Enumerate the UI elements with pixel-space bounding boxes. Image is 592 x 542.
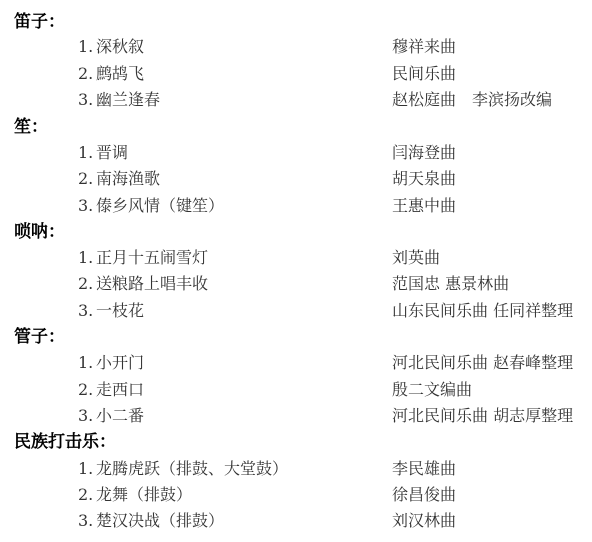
list-item: 1. 深秋叙 穆祥来曲 xyxy=(0,37,592,63)
section-header-percussion: 民族打击乐： xyxy=(14,432,116,452)
list-item: 3. 一枝花 山东民间乐曲 任同祥整理 xyxy=(0,301,592,327)
list-item: 2. 鹧鸪飞 民间乐曲 xyxy=(0,64,592,90)
list-item: 1. 晋调 闫海登曲 xyxy=(0,143,592,169)
list-item: 3. 幽兰逢春 赵松庭曲 李滨扬改编 xyxy=(0,90,592,116)
item-number: 2. xyxy=(78,485,93,505)
item-number: 3. xyxy=(78,196,93,216)
list-item: 2. 龙舞（排鼓） 徐昌俊曲 xyxy=(0,485,592,511)
piece-title: 龙舞（排鼓） xyxy=(96,485,192,505)
piece-title: 小二番 xyxy=(96,406,144,426)
piece-title: 一枝花 xyxy=(96,301,144,321)
item-number: 3. xyxy=(78,301,93,321)
piece-author: 王惠中曲 xyxy=(392,196,456,216)
list-item: 3. 傣乡风情（键笙） 王惠中曲 xyxy=(0,196,592,222)
item-number: 3. xyxy=(78,511,93,531)
list-item: 2. 走西口 殷二文编曲 xyxy=(0,380,592,406)
piece-author: 徐昌俊曲 xyxy=(392,485,456,505)
list-item: 3. 小二番 河北民间乐曲 胡志厚整理 xyxy=(0,406,592,432)
piece-author: 闫海登曲 xyxy=(392,143,456,163)
item-number: 3. xyxy=(78,90,93,110)
item-number: 1. xyxy=(78,459,93,479)
piece-title: 正月十五闹雪灯 xyxy=(96,248,208,268)
piece-author: 赵松庭曲 李滨扬改编 xyxy=(392,90,552,110)
piece-author: 河北民间乐曲 赵春峰整理 xyxy=(392,353,573,373)
piece-title: 鹧鸪飞 xyxy=(96,64,144,84)
piece-title: 幽兰逢春 xyxy=(96,90,160,110)
piece-title: 楚汉决战（排鼓） xyxy=(96,511,224,531)
section-header-suona: 唢呐： xyxy=(14,222,65,242)
piece-author: 河北民间乐曲 胡志厚整理 xyxy=(392,406,573,426)
piece-author: 民间乐曲 xyxy=(392,64,456,84)
piece-title: 傣乡风情（键笙） xyxy=(96,196,224,216)
piece-title: 南海渔歌 xyxy=(96,169,160,189)
list-item: 2. 南海渔歌 胡天泉曲 xyxy=(0,169,592,195)
item-number: 2. xyxy=(78,380,93,400)
piece-title: 走西口 xyxy=(96,380,144,400)
item-number: 2. xyxy=(78,64,93,84)
piece-author: 山东民间乐曲 任同祥整理 xyxy=(392,301,573,321)
item-number: 1. xyxy=(78,37,93,57)
list-item: 3. 楚汉决战（排鼓） 刘汉林曲 xyxy=(0,511,592,537)
piece-title: 送粮路上唱丰收 xyxy=(96,274,208,294)
piece-author: 刘汉林曲 xyxy=(392,511,456,531)
section-header-dizi: 笛子： xyxy=(14,12,65,32)
piece-title: 晋调 xyxy=(96,143,128,163)
item-number: 1. xyxy=(78,248,93,268)
section-header-guanzi: 管子： xyxy=(14,327,65,347)
item-number: 1. xyxy=(78,353,93,373)
piece-title: 小开门 xyxy=(96,353,144,373)
item-number: 1. xyxy=(78,143,93,163)
list-item: 1. 龙腾虎跃（排鼓、大堂鼓） 李民雄曲 xyxy=(0,459,592,485)
piece-author: 殷二文编曲 xyxy=(392,380,472,400)
piece-title: 深秋叙 xyxy=(96,37,144,57)
item-number: 2. xyxy=(78,274,93,294)
list-item: 1. 小开门 河北民间乐曲 赵春峰整理 xyxy=(0,353,592,379)
piece-author: 李民雄曲 xyxy=(392,459,456,479)
piece-title: 龙腾虎跃（排鼓、大堂鼓） xyxy=(96,459,288,479)
piece-author: 刘英曲 xyxy=(392,248,440,268)
list-item: 1. 正月十五闹雪灯 刘英曲 xyxy=(0,248,592,274)
item-number: 2. xyxy=(78,169,93,189)
piece-author: 穆祥来曲 xyxy=(392,37,456,57)
section-header-sheng: 笙： xyxy=(14,117,48,137)
piece-author: 范国忠 惠景林曲 xyxy=(392,274,509,294)
list-item: 2. 送粮路上唱丰收 范国忠 惠景林曲 xyxy=(0,274,592,300)
piece-author: 胡天泉曲 xyxy=(392,169,456,189)
item-number: 3. xyxy=(78,406,93,426)
